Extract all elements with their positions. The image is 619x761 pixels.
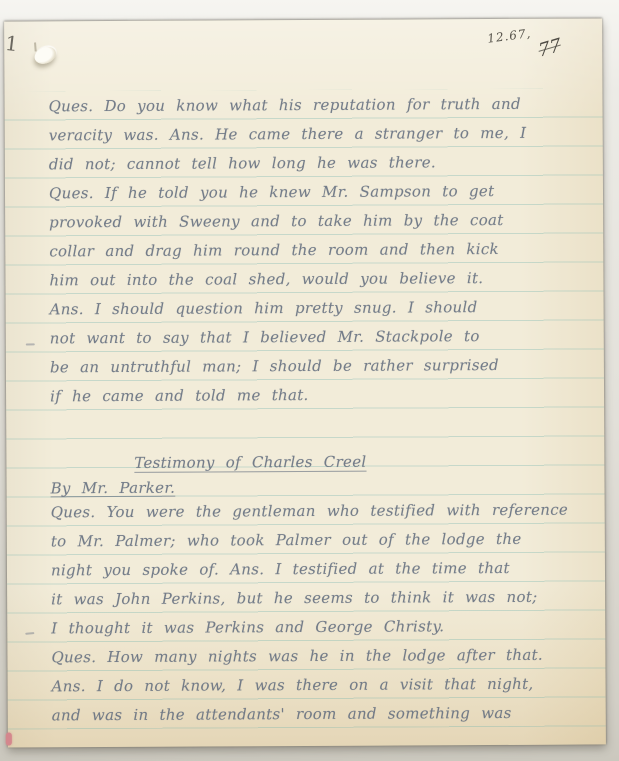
manuscript-line: to Mr. Palmer; who took Palmer out of th… — [7, 523, 605, 555]
margin-pencil-mark: 1 — [4, 31, 19, 56]
manuscript-line: Ques. If he told you he knew Mr. Sampson… — [5, 175, 603, 207]
manuscript-line: did not; cannot tell how long he was the… — [5, 146, 603, 178]
manuscript-page: 1 12.67, 77 Ques. Do you know what his r… — [4, 18, 606, 747]
manuscript-line: it was John Perkins, but he seems to thi… — [7, 581, 605, 613]
manuscript-line: Ans. I should question him pretty snug. … — [6, 291, 604, 323]
scanned-document-scene: 1 12.67, 77 Ques. Do you know what his r… — [0, 0, 619, 761]
manuscript-line: him out into the coal shed, would you be… — [5, 262, 603, 294]
manuscript-line: collar and drag him round the room and t… — [5, 233, 603, 265]
manuscript-line: night you spoke of. Ans. I testified at … — [7, 552, 605, 584]
manuscript-line: be an untruthful man; I should be rather… — [6, 349, 604, 381]
punch-hole — [32, 44, 58, 67]
manuscript-line: not want to say that I believed Mr. Stac… — [6, 320, 604, 352]
manuscript-line: and was in the attendants' room and some… — [8, 697, 606, 729]
figure-number-annotation: 12.67, — [486, 26, 532, 45]
manuscript-line: I thought it was Perkins and George Chri… — [7, 610, 605, 642]
manuscript-line: if he came and told me that. — [6, 378, 604, 410]
manuscript-line: provoked with Sweeny and to take him by … — [5, 204, 603, 236]
examiner-byline: By Mr. Parker. — [6, 470, 604, 502]
manuscript-line: Ques. How many nights was he in the lodg… — [7, 639, 605, 671]
page-number-annotation: 77 — [537, 35, 562, 62]
manuscript-line: Ques. Do you know what his reputation fo… — [4, 88, 602, 120]
blank-line — [6, 407, 604, 439]
handwritten-text-block: Ques. Do you know what his reputation fo… — [4, 88, 605, 729]
margin-tick — [26, 343, 35, 345]
scan-background: { "document": { "type": "handwritten tes… — [0, 0, 619, 761]
manuscript-line: veracity was. Ans. He came there a stran… — [5, 117, 603, 149]
manuscript-line: Ans. I do not know, I was there on a vis… — [8, 668, 606, 700]
red-edge-mark — [6, 733, 12, 746]
